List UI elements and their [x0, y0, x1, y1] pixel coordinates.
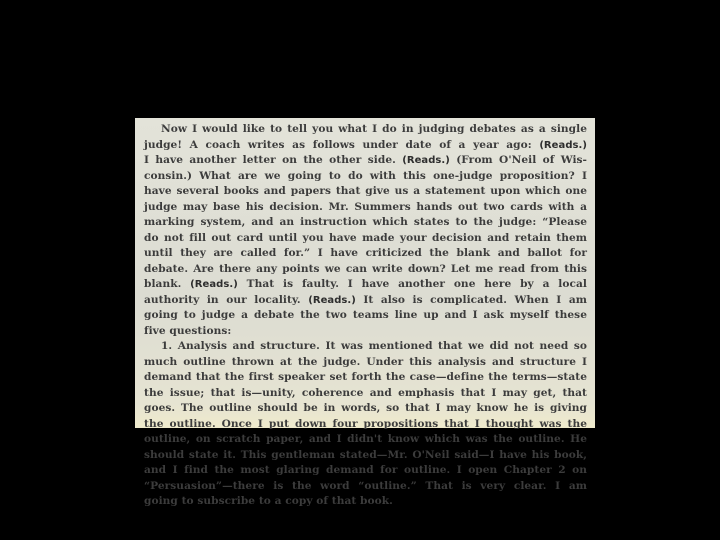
text-line: judge! A coach writes as follows under d…: [144, 138, 587, 154]
text-line: I have another letter on the other side.…: [144, 153, 587, 169]
text-line: “Persuasion”—there is the word “outline.…: [144, 479, 587, 495]
text-line: consin.) What are we going to do with th…: [144, 169, 587, 185]
text-line: goes. The outline should be in words, so…: [144, 401, 587, 417]
text-line: much outline thrown at the judge. Under …: [144, 355, 587, 371]
text-line: 1. Analysis and structure. It was mentio…: [144, 339, 587, 355]
paragraph-intro: Now I would like to tell you what I do i…: [144, 122, 587, 339]
text-line: do not fill out card until you have made…: [144, 231, 587, 247]
text-line: judge may base his decision. Mr. Summers…: [144, 200, 587, 216]
paragraph-analysis-structure: 1. Analysis and structure. It was mentio…: [144, 339, 587, 510]
stage-direction: (Reads.): [402, 155, 450, 166]
text-line: should state it. This gentleman stated—M…: [144, 448, 587, 464]
text-line: going to judge a debate the two teams li…: [144, 308, 587, 324]
text-line: and I find the most glaring demand for o…: [144, 463, 587, 479]
text-line: blank. (Reads.) That is faulty. I have a…: [144, 277, 587, 293]
text-line: five questions:: [144, 324, 587, 340]
text-line: demand that the first speaker set forth …: [144, 370, 587, 386]
stage-direction: (Reads.): [308, 295, 356, 306]
text-line: until they are called for.” I have criti…: [144, 246, 587, 262]
text-line: have several books and papers that give …: [144, 184, 587, 200]
text-line: the outline. Once I put down four propos…: [144, 417, 587, 433]
stage-direction: (Reads.): [539, 140, 587, 151]
text-line: outline, on scratch paper, and I didn't …: [144, 432, 587, 448]
text-line: going to subscribe to a copy of that boo…: [144, 494, 587, 510]
stage-direction: (Reads.): [190, 279, 238, 290]
scanned-document-page: Now I would like to tell you what I do i…: [135, 118, 595, 428]
text-line: Now I would like to tell you what I do i…: [144, 122, 587, 138]
text-line: marking system, and an instruction which…: [144, 215, 587, 231]
text-line: the issue; that is—unity, coherence and …: [144, 386, 587, 402]
text-line: authority in our locality. (Reads.) It a…: [144, 293, 587, 309]
text-line: debate. Are there any points we can writ…: [144, 262, 587, 278]
